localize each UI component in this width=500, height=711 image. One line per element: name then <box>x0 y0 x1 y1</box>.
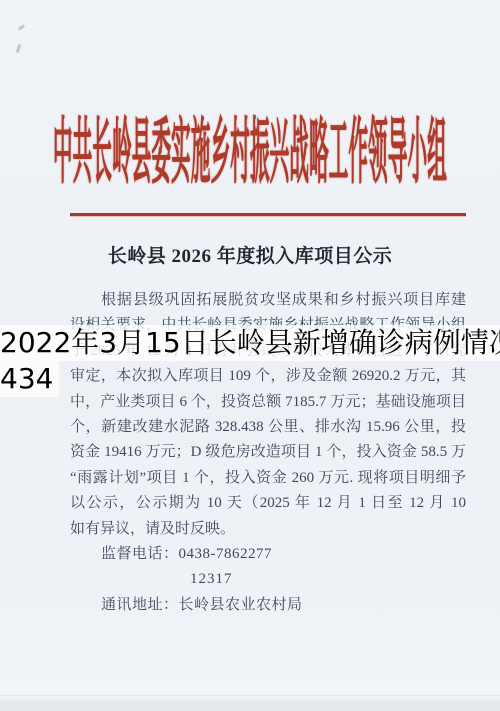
supervision-phone-line: 监督电话：0438-7862277 <box>70 542 466 567</box>
paper-crease-mark <box>18 24 25 30</box>
caption-line-1: 2022年3月15日长岭县新增确诊病例情况_19 <box>0 325 500 361</box>
hotline-number-line: 12317 <box>70 567 466 592</box>
caption-overlay: 2022年3月15日长岭县新增确诊病例情况_19 434 <box>0 325 500 397</box>
caption-line-2: 434 <box>0 361 59 397</box>
body-line: 个，新建改建水泥路 328.438 公里、排水沟 15.96 公里，投入 <box>70 415 466 440</box>
mailing-address-line: 通讯地址：长岭县农业农村局 <box>70 593 466 618</box>
red-divider-line <box>70 213 466 216</box>
paper-bottom-edge <box>0 695 500 711</box>
scanned-notice-page: 中共长岭县委实施乡村振兴战略工作领导小组 长岭县 2026 年度拟入库项目公示 … <box>0 0 500 711</box>
notice-title: 长岭县 2026 年度拟入库项目公示 <box>0 241 500 268</box>
body-line: 根据县级巩固拓展脱贫攻坚成果和乡村振兴项目库建 <box>70 288 466 313</box>
body-line: 以公示，公示期为 10 天（2025 年 12 月 1 日至 12 月 10 日… <box>70 491 466 516</box>
caption-row: 434 <box>0 361 500 397</box>
address-value: 长岭县农业农村局 <box>179 597 303 613</box>
address-label: 通讯地址： <box>101 597 179 613</box>
paper-crease-mark <box>16 44 22 53</box>
caption-row: 2022年3月15日长岭县新增确诊病例情况_19 <box>0 325 500 361</box>
issuing-org-header: 中共长岭县委实施乡村振兴战略工作领导小组 <box>0 121 500 195</box>
phone-label: 监督电话： <box>101 546 179 562</box>
phone-number: 0438-7862277 <box>179 546 273 562</box>
body-line: 资金 19416 万元；D 级危房改造项目 1 个，投入资金 58.5 万元； <box>70 440 466 465</box>
body-line: “雨露计划”项目 1 个，投入资金 260 万元. 现将项目明细予 <box>70 466 466 491</box>
body-line: 如有异议，请及时反映。 <box>70 517 466 542</box>
